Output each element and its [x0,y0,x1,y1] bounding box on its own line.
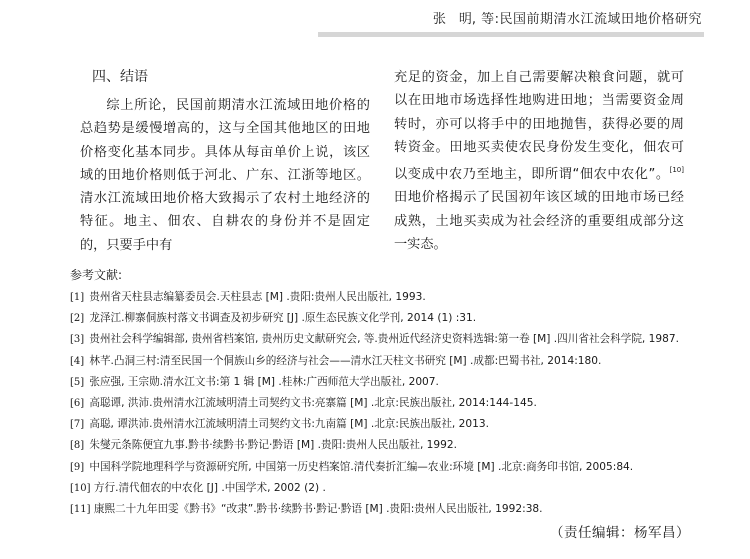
reference-number: [1] [70,287,86,308]
reference-item: [1] 贵州省天柱县志编纂委员会.天柱县志 [M] .贵阳:贵州人民出版社, 1… [70,287,730,308]
reference-item: [2] 龙泽江.柳寨侗族村落文书调查及初步研究 [J] .原生态民族文化学刊, … [70,308,730,329]
reference-item: [10] 方行.清代佃农的中农化 [J] .中国学术, 2002 (2) . [70,478,730,499]
conclusion-text-after-note: 田地价格揭示了民国初年该区域的田地市场已经成熟，土地买卖成为社会经济的重要组成部… [394,190,684,252]
reference-text: 康熙二十九年田雯《黔书》“改隶”.黔书·续黔书·黔记·黔语 [M] .贵阳:贵州… [94,503,543,515]
reference-text: 方行.清代佃农的中农化 [J] .中国学术, 2002 (2) . [94,482,326,494]
footnote-marker[interactable]: [10] [670,166,684,174]
reference-number: [5] [70,372,86,393]
reference-number: [7] [70,414,86,435]
reference-number: [6] [70,393,86,414]
reference-text: 张应强, 王宗勋.清水江文书:第 1 辑 [M] .桂林:广西师范大学出版社, … [89,376,439,388]
running-head: 张 明, 等:民国前期清水江流域田地价格研究 [433,8,702,27]
reference-text: 林芊.凸洞三村:清至民国一个侗族山乡的经济与社会——清水江天柱文书研究 [M] … [89,355,601,367]
reference-text: 龙泽江.柳寨侗族村落文书调查及初步研究 [J] .原生态民族文化学刊, 2014… [89,312,476,324]
reference-text: 朱燮元条陈便宜九事.黔书·续黔书·黔记·黔语 [M] .贵阳:贵州人民出版社, … [89,439,457,451]
reference-item: [6] 高聪谭, 洪沛.贵州清水江流域明清土司契约文书:亮寨篇 [M] .北京:… [70,393,730,414]
reference-item: [4] 林芊.凸洞三村:清至民国一个侗族山乡的经济与社会——清水江天柱文书研究 … [70,351,730,372]
responsible-editor: （责任编辑：杨军昌） [550,521,690,541]
reference-item: [5] 张应强, 王宗勋.清水江文书:第 1 辑 [M] .桂林:广西师范大学出… [70,372,730,393]
conclusion-paragraph-left: 综上所论，民国前期清水江流域田地价格的总趋势是缓慢增高的，这与全国其他地区的田地… [80,94,370,257]
conclusion-text-before-note: 充足的资金，加上自己需要解决粮食问题，就可以在田地市场选择性地购进田地；当需要资… [394,70,684,182]
reference-item: [9] 中国科学院地理科学与资源研究所, 中国第一历史档案馆.清代奏折汇编—农业… [70,457,730,478]
reference-number: [10] [70,478,91,499]
reference-number: [11] [70,499,91,520]
reference-text: 高聪, 谭洪沛.贵州清水江流域明清土司契约文书:九南篇 [M] .北京:民族出版… [89,418,489,430]
reference-text: 高聪谭, 洪沛.贵州清水江流域明清土司契约文书:亮寨篇 [M] .北京:民族出版… [89,397,536,409]
conclusion-paragraph-right: 充足的资金，加上自己需要解决粮食问题，就可以在田地市场选择性地购进田地；当需要资… [394,66,684,256]
section-title: 四、结语 [92,66,370,88]
reference-number: [2] [70,308,86,329]
right-column: 充足的资金，加上自己需要解决粮食问题，就可以在田地市场选择性地购进田地；当需要资… [394,66,684,256]
reference-text: 中国科学院地理科学与资源研究所, 中国第一历史档案馆.清代奏折汇编—农业:环境 … [89,461,633,473]
reference-item: [7] 高聪, 谭洪沛.贵州清水江流域明清土司契约文书:九南篇 [M] .北京:… [70,414,730,435]
reference-number: [9] [70,457,86,478]
left-column: 四、结语 综上所论，民国前期清水江流域田地价格的总趋势是缓慢增高的，这与全国其他… [80,66,370,257]
reference-text: 贵州省天柱县志编纂委员会.天柱县志 [M] .贵阳:贵州人民出版社, 1993. [89,291,425,303]
running-head-title: , 等:民国前期清水江流域田地价格研究 [472,12,702,27]
references-title: 参考文献: [70,266,730,284]
reference-item: [11] 康熙二十九年田雯《黔书》“改隶”.黔书·续黔书·黔记·黔语 [M] .… [70,499,730,520]
reference-number: [4] [70,351,86,372]
reference-number: [8] [70,435,86,456]
reference-item: [8] 朱燮元条陈便宜九事.黔书·续黔书·黔记·黔语 [M] .贵阳:贵州人民出… [70,435,730,456]
header-rule [318,32,704,37]
running-head-author: 张 明 [433,12,472,27]
reference-item: [3] 贵州社会科学编辑部, 贵州省档案馆, 贵州历史文献研究会, 等.贵州近代… [70,329,730,350]
reference-number: [3] [70,329,86,350]
references: 参考文献: [1] 贵州省天柱县志编纂委员会.天柱县志 [M] .贵阳:贵州人民… [70,266,730,520]
reference-text: 贵州社会科学编辑部, 贵州省档案馆, 贵州历史文献研究会, 等.贵州近代经济史资… [89,333,679,345]
